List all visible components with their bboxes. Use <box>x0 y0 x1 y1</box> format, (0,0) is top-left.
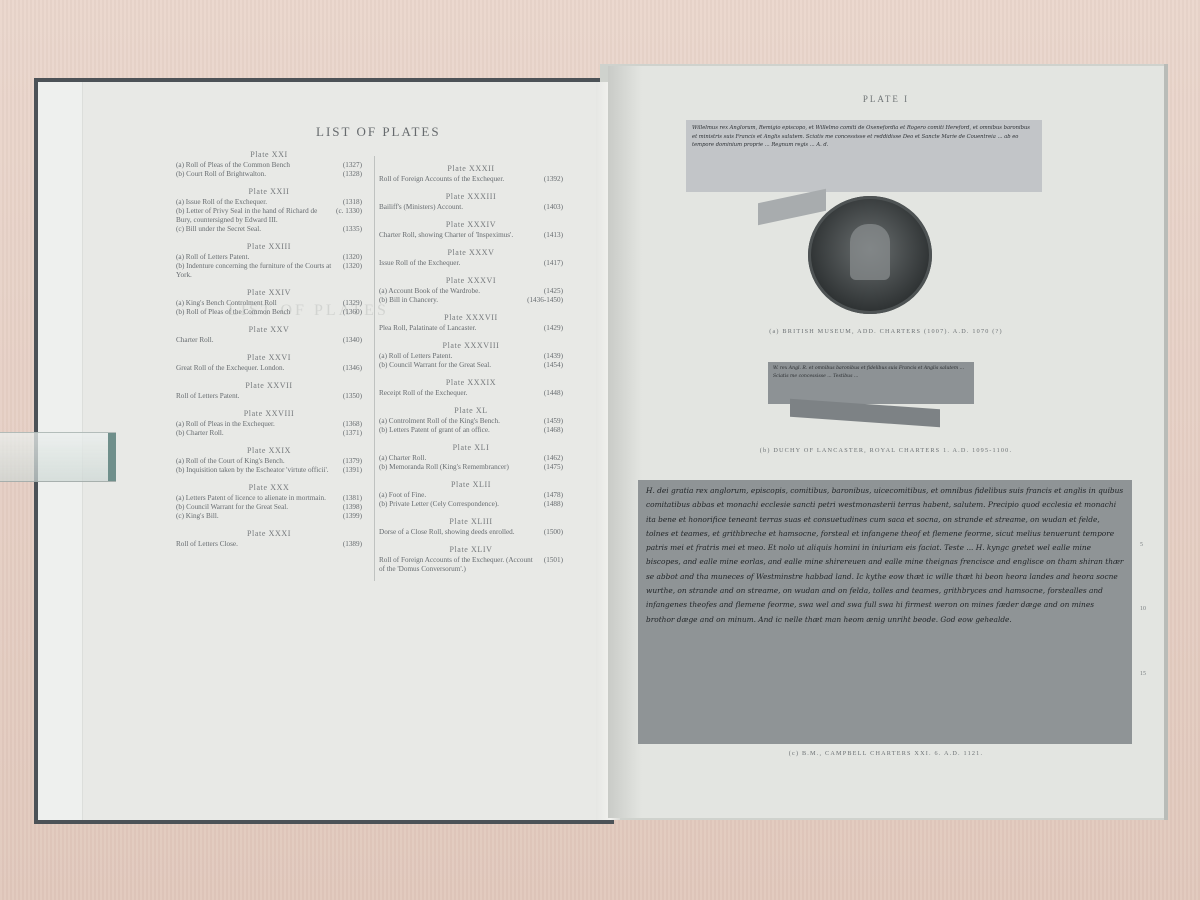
plate-description: (b) Private Letter (Cely Correspondence)… <box>379 500 538 509</box>
plate-description: Great Roll of the Exchequer. London. <box>176 364 337 373</box>
plate-heading: Plate XXXI <box>176 529 362 538</box>
plate-entry-group: Plate XXX(a) Letters Patent of licence t… <box>176 483 362 521</box>
plate-description: (a) Controlment Roll of the King's Bench… <box>379 417 538 426</box>
plate-description: (b) Letters Patent of grant of an office… <box>379 426 538 435</box>
list-item: (c) Bill under the Secret Seal.(1335) <box>176 225 362 234</box>
caption-a: (a) BRITISH MUSEUM, ADD. CHARTERS (1007)… <box>608 328 1164 335</box>
plate-entry-group: Plate XXXIIRoll of Foreign Accounts of t… <box>379 164 563 184</box>
line-number: 15 <box>1140 671 1146 677</box>
charter-image-c: H. dei gratia rex anglorum, episcopis, c… <box>638 480 1132 744</box>
plate-description: Charter Roll, showing Charter of 'Inspex… <box>379 231 538 240</box>
plate-date: (1459) <box>544 417 563 426</box>
plate-date: (1500) <box>544 528 563 537</box>
plate-title: PLATE I <box>608 94 1164 104</box>
plate-date: (1475) <box>544 463 563 472</box>
plate-description: Plea Roll, Palatinate of Lancaster. <box>379 324 538 333</box>
plate-description: (b) Letter of Privy Seal in the hand of … <box>176 207 330 225</box>
plate-entry-group: Plate XLI(a) Charter Roll.(1462)(b) Memo… <box>379 443 563 472</box>
list-item: Roll of Letters Close.(1389) <box>176 540 362 549</box>
plate-heading: Plate XXIV <box>176 288 362 297</box>
plate-heading: Plate XXVI <box>176 353 362 362</box>
plate-date: (1399) <box>343 512 362 521</box>
plate-heading: Plate XXXVI <box>379 276 563 285</box>
plate-date: (1379) <box>343 457 362 466</box>
plate-heading: Plate XXV <box>176 325 362 334</box>
plate-heading: Plate XXVIII <box>176 409 362 418</box>
list-item: Plea Roll, Palatinate of Lancaster.(1429… <box>379 324 563 333</box>
plate-date: (1371) <box>343 429 362 438</box>
plate-date: (1360) <box>343 308 362 317</box>
plate-entry-group: Plate XXXIRoll of Letters Close.(1389) <box>176 529 362 549</box>
plate-date: (1350) <box>343 392 362 401</box>
list-item: (a) Issue Roll of the Exchequer.(1318) <box>176 198 362 207</box>
plate-date: (1318) <box>343 198 362 207</box>
plate-heading: Plate XXIII <box>176 242 362 251</box>
plate-description: (b) Council Warrant for the Great Seal. <box>379 361 538 370</box>
list-item: Charter Roll, showing Charter of 'Inspex… <box>379 231 563 240</box>
list-item: (a) Letters Patent of licence to alienat… <box>176 494 362 503</box>
wax-seal-image <box>808 196 932 314</box>
list-item: Roll of Letters Patent.(1350) <box>176 392 362 401</box>
plate-date: (1488) <box>544 500 563 509</box>
plate-date: (1501) <box>544 556 563 574</box>
plate-description: (a) Account Book of the Wardrobe. <box>379 287 538 296</box>
plate-entry-group: Plate XXXVIssue Roll of the Exchequer.(1… <box>379 248 563 268</box>
plate-heading: Plate XXXVII <box>379 313 563 322</box>
plate-date: (1468) <box>544 426 563 435</box>
plate-description: (a) Issue Roll of the Exchequer. <box>176 198 337 207</box>
plate-entry-group: Plate XLIIIDorse of a Close Roll, showin… <box>379 517 563 537</box>
list-item: (a) Charter Roll.(1462) <box>379 454 563 463</box>
page-clip[interactable] <box>0 432 116 482</box>
right-page: PLATE I Willelmus rex Anglorum, Remigio … <box>608 66 1164 818</box>
plate-entry-group: Plate XXIII(a) Roll of Letters Patent.(1… <box>176 242 362 280</box>
plate-heading: Plate XXII <box>176 187 362 196</box>
plate-heading: Plate XXXIII <box>379 192 563 201</box>
plate-date: (1368) <box>343 420 362 429</box>
plate-date: (1413) <box>544 231 563 240</box>
plate-date: (1381) <box>343 494 362 503</box>
seated-king-figure <box>850 224 890 280</box>
plate-description: (c) King's Bill. <box>176 512 337 521</box>
plate-date: (1462) <box>544 454 563 463</box>
plate-entry-group: Plate XXIX(a) Roll of the Court of King'… <box>176 446 362 475</box>
plate-entry-group: Plate XXII(a) Issue Roll of the Excheque… <box>176 187 362 234</box>
list-item: (b) Memoranda Roll (King's Remembrancer)… <box>379 463 563 472</box>
plate-description: Bailiff's (Ministers) Account. <box>379 203 538 212</box>
plate-entry-group: Plate XXVIII(a) Roll of Pleas in the Exc… <box>176 409 362 438</box>
plate-description: (b) Indenture concerning the furniture o… <box>176 262 337 280</box>
plate-date: (1340) <box>343 336 362 345</box>
line-number: 5 <box>1140 542 1143 548</box>
seal-tag <box>758 189 826 225</box>
plate-date: (1398) <box>343 503 362 512</box>
plate-description: (a) Roll of Letters Patent. <box>176 253 337 262</box>
plate-heading: Plate XLIII <box>379 517 563 526</box>
plate-description: (b) Court Roll of Brightwalton. <box>176 170 337 179</box>
list-item: (a) Account Book of the Wardrobe.(1425) <box>379 287 563 296</box>
plate-heading: Plate XXI <box>176 150 362 159</box>
plate-date: (1327) <box>343 161 362 170</box>
plate-description: (b) Roll of Pleas of the Common Bench <box>176 308 337 317</box>
plate-heading: Plate XXXV <box>379 248 563 257</box>
plate-entry-group: Plate XXI(a) Roll of Pleas of the Common… <box>176 150 362 179</box>
list-item: Bailiff's (Ministers) Account.(1403) <box>379 203 563 212</box>
page-title: LIST OF PLATES <box>316 124 441 140</box>
plate-description: (a) Roll of Letters Patent. <box>379 352 538 361</box>
plate-description: (a) Roll of the Court of King's Bench. <box>176 457 337 466</box>
list-item: (b) Charter Roll.(1371) <box>176 429 362 438</box>
plate-entry-group: Plate XLIVRoll of Foreign Accounts of th… <box>379 545 563 574</box>
plate-heading: Plate XXXVIII <box>379 341 563 350</box>
line-number: 10 <box>1140 606 1146 612</box>
list-item: (c) King's Bill.(1399) <box>176 512 362 521</box>
plate-date: (1454) <box>544 361 563 370</box>
plate-description: (a) King's Bench Controlment Roll <box>176 299 337 308</box>
plate-description: Charter Roll. <box>176 336 337 345</box>
plate-description: (a) Letters Patent of licence to alienat… <box>176 494 337 503</box>
plate-date: (1328) <box>343 170 362 179</box>
list-item: (b) Inquisition taken by the Escheator '… <box>176 466 362 475</box>
plate-description: (b) Bill in Chancery. <box>379 296 521 305</box>
list-item: (a) Roll of Letters Patent.(1439) <box>379 352 563 361</box>
list-item: (a) Roll of Pleas in the Exchequer.(1368… <box>176 420 362 429</box>
caption-b: (b) DUCHY OF LANCASTER, ROYAL CHARTERS 1… <box>608 447 1164 454</box>
plate-date: (1335) <box>343 225 362 234</box>
plate-heading: Plate XXIX <box>176 446 362 455</box>
list-item: (b) Roll of Pleas of the Common Bench(13… <box>176 308 362 317</box>
plate-date: (1391) <box>343 466 362 475</box>
plate-description: (b) Charter Roll. <box>176 429 337 438</box>
plate-heading: Plate XLII <box>379 480 563 489</box>
list-item: Dorse of a Close Roll, showing deeds enr… <box>379 528 563 537</box>
plate-entry-group: Plate XXXIXReceipt Roll of the Exchequer… <box>379 378 563 398</box>
plate-date: (1389) <box>343 540 362 549</box>
plate-heading: Plate XXXIX <box>379 378 563 387</box>
plate-description: (a) Foot of Fine. <box>379 491 538 500</box>
charter-image-b: W. rex Angl. R. et omnibus baronibus et … <box>768 362 974 404</box>
plate-description: Receipt Roll of the Exchequer. <box>379 389 538 398</box>
left-page: LIST OF PLATES LIST OF PLATES Plate XXI(… <box>38 82 608 820</box>
list-item: Roll of Foreign Accounts of the Excheque… <box>379 556 563 574</box>
plate-description: Dorse of a Close Roll, showing deeds enr… <box>379 528 538 537</box>
plate-description: (b) Council Warrant for the Great Seal. <box>176 503 337 512</box>
plate-entry-group: Plate XLII(a) Foot of Fine.(1478)(b) Pri… <box>379 480 563 509</box>
gutter-shadow <box>608 66 642 818</box>
plates-column-right: Plate XXXIIRoll of Foreign Accounts of t… <box>374 156 563 581</box>
plate-entry-group: Plate XXXIVCharter Roll, showing Charter… <box>379 220 563 240</box>
list-item: (b) Private Letter (Cely Correspondence)… <box>379 500 563 509</box>
plate-date: (1478) <box>544 491 563 500</box>
plate-entry-group: Plate XXXVI(a) Account Book of the Wardr… <box>379 276 563 305</box>
plate-description: (a) Charter Roll. <box>379 454 538 463</box>
plate-entry-group: Plate XXXVIII(a) Roll of Letters Patent.… <box>379 341 563 370</box>
plate-entry-group: Plate XXVCharter Roll.(1340) <box>176 325 362 345</box>
plate-description: (b) Memoranda Roll (King's Remembrancer) <box>379 463 538 472</box>
plate-heading: Plate XL <box>379 406 563 415</box>
plate-date: (1436-1450) <box>527 296 563 305</box>
plate-description: Issue Roll of the Exchequer. <box>379 259 538 268</box>
plate-date: (1320) <box>343 262 362 280</box>
plate-heading: Plate XXXIV <box>379 220 563 229</box>
clip-end <box>108 433 116 481</box>
list-item: (b) Indenture concerning the furniture o… <box>176 262 362 280</box>
plate-date: (1425) <box>544 287 563 296</box>
plate-description: (b) Inquisition taken by the Escheator '… <box>176 466 337 475</box>
list-item: (a) King's Bench Controlment Roll(1329) <box>176 299 362 308</box>
list-item: (b) Court Roll of Brightwalton.(1328) <box>176 170 362 179</box>
list-item: (a) Foot of Fine.(1478) <box>379 491 563 500</box>
plate-heading: Plate XXX <box>176 483 362 492</box>
list-item: (a) Roll of Letters Patent.(1320) <box>176 253 362 262</box>
plate-entry-group: Plate XXVIIRoll of Letters Patent.(1350) <box>176 381 362 401</box>
plate-date: (1346) <box>343 364 362 373</box>
plate-entry-group: Plate XXXIIIBailiff's (Ministers) Accoun… <box>379 192 563 212</box>
plate-date: (1329) <box>343 299 362 308</box>
plate-description: (a) Roll of Pleas of the Common Bench <box>176 161 337 170</box>
plate-description: Roll of Foreign Accounts of the Excheque… <box>379 556 538 574</box>
plate-heading: Plate XLI <box>379 443 563 452</box>
plate-description: Roll of Letters Patent. <box>176 392 337 401</box>
list-item: Roll of Foreign Accounts of the Excheque… <box>379 175 563 184</box>
plate-date: (1392) <box>544 175 563 184</box>
plate-description: (c) Bill under the Secret Seal. <box>176 225 337 234</box>
plate-description: Roll of Letters Close. <box>176 540 337 549</box>
plate-heading: Plate XXVII <box>176 381 362 390</box>
page-edge <box>1164 64 1168 820</box>
plate-description: (a) Roll of Pleas in the Exchequer. <box>176 420 337 429</box>
list-item: (a) Controlment Roll of the King's Bench… <box>379 417 563 426</box>
list-item: Issue Roll of the Exchequer.(1417) <box>379 259 563 268</box>
list-item: (b) Bill in Chancery.(1436-1450) <box>379 296 563 305</box>
caption-c: (c) B.M., CAMPBELL CHARTERS XXI. 6. A.D.… <box>608 750 1164 757</box>
charter-image-a: Willelmus rex Anglorum, Remigio episcopo… <box>686 120 1042 192</box>
plate-heading: Plate XLIV <box>379 545 563 554</box>
list-item: (a) Roll of the Court of King's Bench.(1… <box>176 457 362 466</box>
plate-entry-group: Plate XXIV(a) King's Bench Controlment R… <box>176 288 362 317</box>
list-item: Receipt Roll of the Exchequer.(1448) <box>379 389 563 398</box>
list-item: (b) Council Warrant for the Great Seal.(… <box>379 361 563 370</box>
list-item: (b) Letter of Privy Seal in the hand of … <box>176 207 362 225</box>
list-item: Great Roll of the Exchequer. London.(134… <box>176 364 362 373</box>
plate-entry-group: Plate XXXVIIPlea Roll, Palatinate of Lan… <box>379 313 563 333</box>
plate-entry-group: Plate XXVIGreat Roll of the Exchequer. L… <box>176 353 362 373</box>
plate-date: (1417) <box>544 259 563 268</box>
list-item: (b) Letters Patent of grant of an office… <box>379 426 563 435</box>
list-item: Charter Roll.(1340) <box>176 336 362 345</box>
list-item: (b) Council Warrant for the Great Seal.(… <box>176 503 362 512</box>
plate-date: (c. 1330) <box>336 207 362 225</box>
plate-date: (1448) <box>544 389 563 398</box>
plate-date: (1429) <box>544 324 563 333</box>
plate-entry-group: Plate XL(a) Controlment Roll of the King… <box>379 406 563 435</box>
plate-date: (1439) <box>544 352 563 361</box>
plate-description: Roll of Foreign Accounts of the Excheque… <box>379 175 538 184</box>
plate-heading: Plate XXXII <box>379 164 563 173</box>
plate-date: (1320) <box>343 253 362 262</box>
plate-date: (1403) <box>544 203 563 212</box>
plates-column-left: Plate XXI(a) Roll of Pleas of the Common… <box>176 142 362 549</box>
list-item: (a) Roll of Pleas of the Common Bench(13… <box>176 161 362 170</box>
